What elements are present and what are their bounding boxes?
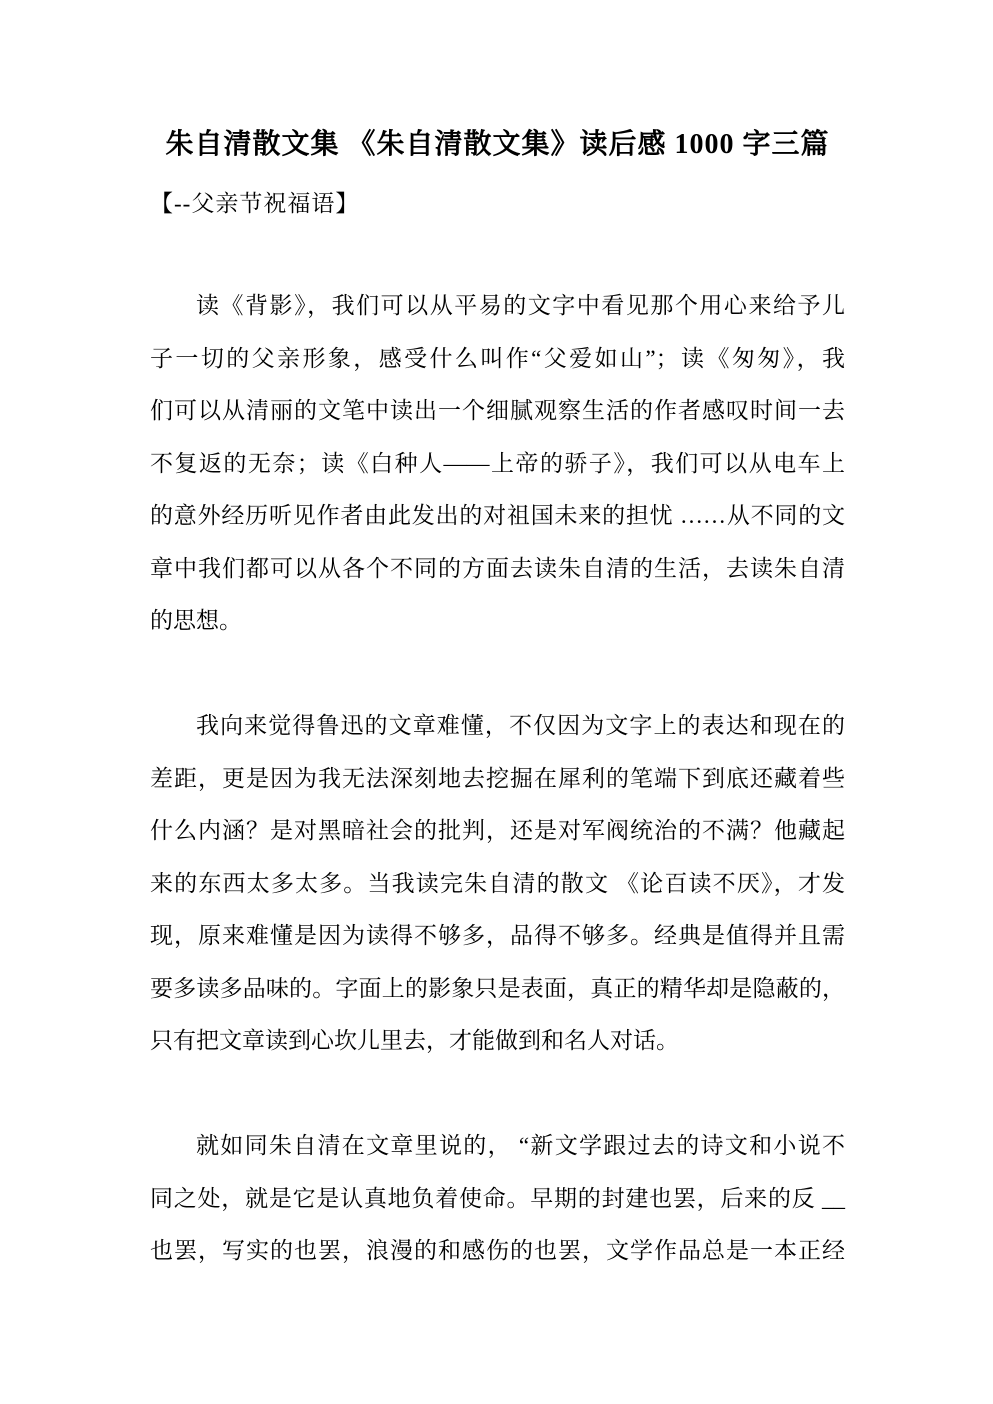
paragraph-line: 要多读多品味的。字面上的影象只是表面，真正的精华却是隐蔽的， <box>150 963 845 1016</box>
paragraph-line: 差距，更是因为我无法深刻地去挖掘在犀利的笔端下到底还藏着些 <box>150 753 845 806</box>
document-body: 读《背影》，我们可以从平易的文字中看见那个用心来给予儿子一切的父亲形象，感受什么… <box>150 280 845 1278</box>
paragraph-line: 的意外经历听见作者由此发出的对祖国未来的担忧 ……从不同的文 <box>150 490 845 543</box>
paragraph-line: 章中我们都可以从各个不同的方面去读朱自清的生活，去读朱自清 <box>150 543 845 596</box>
paragraph-line: 也罢，写实的也罢，浪漫的和感伤的也罢，文学作品总是一本正经 <box>150 1225 845 1278</box>
paragraph-line: 同之处，就是它是认真地负着使命。早期的封建也罢，后来的反 __ <box>150 1173 845 1226</box>
paragraph-line: 来的东西太多太多。当我读完朱自清的散文 《论百读不厌》，才发 <box>150 858 845 911</box>
paragraph-line: 现，原来难懂是因为读得不够多，品得不够多。经典是值得并且需 <box>150 910 845 963</box>
paragraph-line: 我向来觉得鲁迅的文章难懂，不仅因为文字上的表达和现在的 <box>150 700 845 753</box>
paragraph-line: 什么内涵？是对黑暗社会的批判，还是对军阀统治的不满？他藏起 <box>150 805 845 858</box>
document-content: 朱自清散文集 《朱自清散文集》读后感 1000 字三篇 【--父亲节祝福语】 读… <box>150 124 845 1278</box>
document-page: 朱自清散文集 《朱自清散文集》读后感 1000 字三篇 【--父亲节祝福语】 读… <box>0 0 993 1404</box>
paragraph: 我向来觉得鲁迅的文章难懂，不仅因为文字上的表达和现在的差距，更是因为我无法深刻地… <box>150 700 845 1068</box>
paragraph-line: 子一切的父亲形象，感受什么叫作“父爱如山”；读《匆匆》，我 <box>150 333 845 386</box>
document-subtitle: 【--父亲节祝福语】 <box>150 190 845 218</box>
paragraph-line: 们可以从清丽的文笔中读出一个细腻观察生活的作者感叹时间一去 <box>150 385 845 438</box>
paragraph-line: 只有把文章读到心坎儿里去，才能做到和名人对话。 <box>150 1015 845 1068</box>
paragraph-line: 不复返的无奈；读《白种人——上帝的骄子》，我们可以从电车上 <box>150 438 845 491</box>
paragraph: 读《背影》，我们可以从平易的文字中看见那个用心来给予儿子一切的父亲形象，感受什么… <box>150 280 845 648</box>
paragraph-line: 就如同朱自清在文章里说的， “新文学跟过去的诗文和小说不 <box>150 1120 845 1173</box>
paragraph-line: 读《背影》，我们可以从平易的文字中看见那个用心来给予儿 <box>150 280 845 333</box>
paragraph-line: 的思想。 <box>150 595 845 648</box>
paragraph: 就如同朱自清在文章里说的， “新文学跟过去的诗文和小说不同之处，就是它是认真地负… <box>150 1120 845 1278</box>
document-title: 朱自清散文集 《朱自清散文集》读后感 1000 字三篇 <box>150 124 845 166</box>
